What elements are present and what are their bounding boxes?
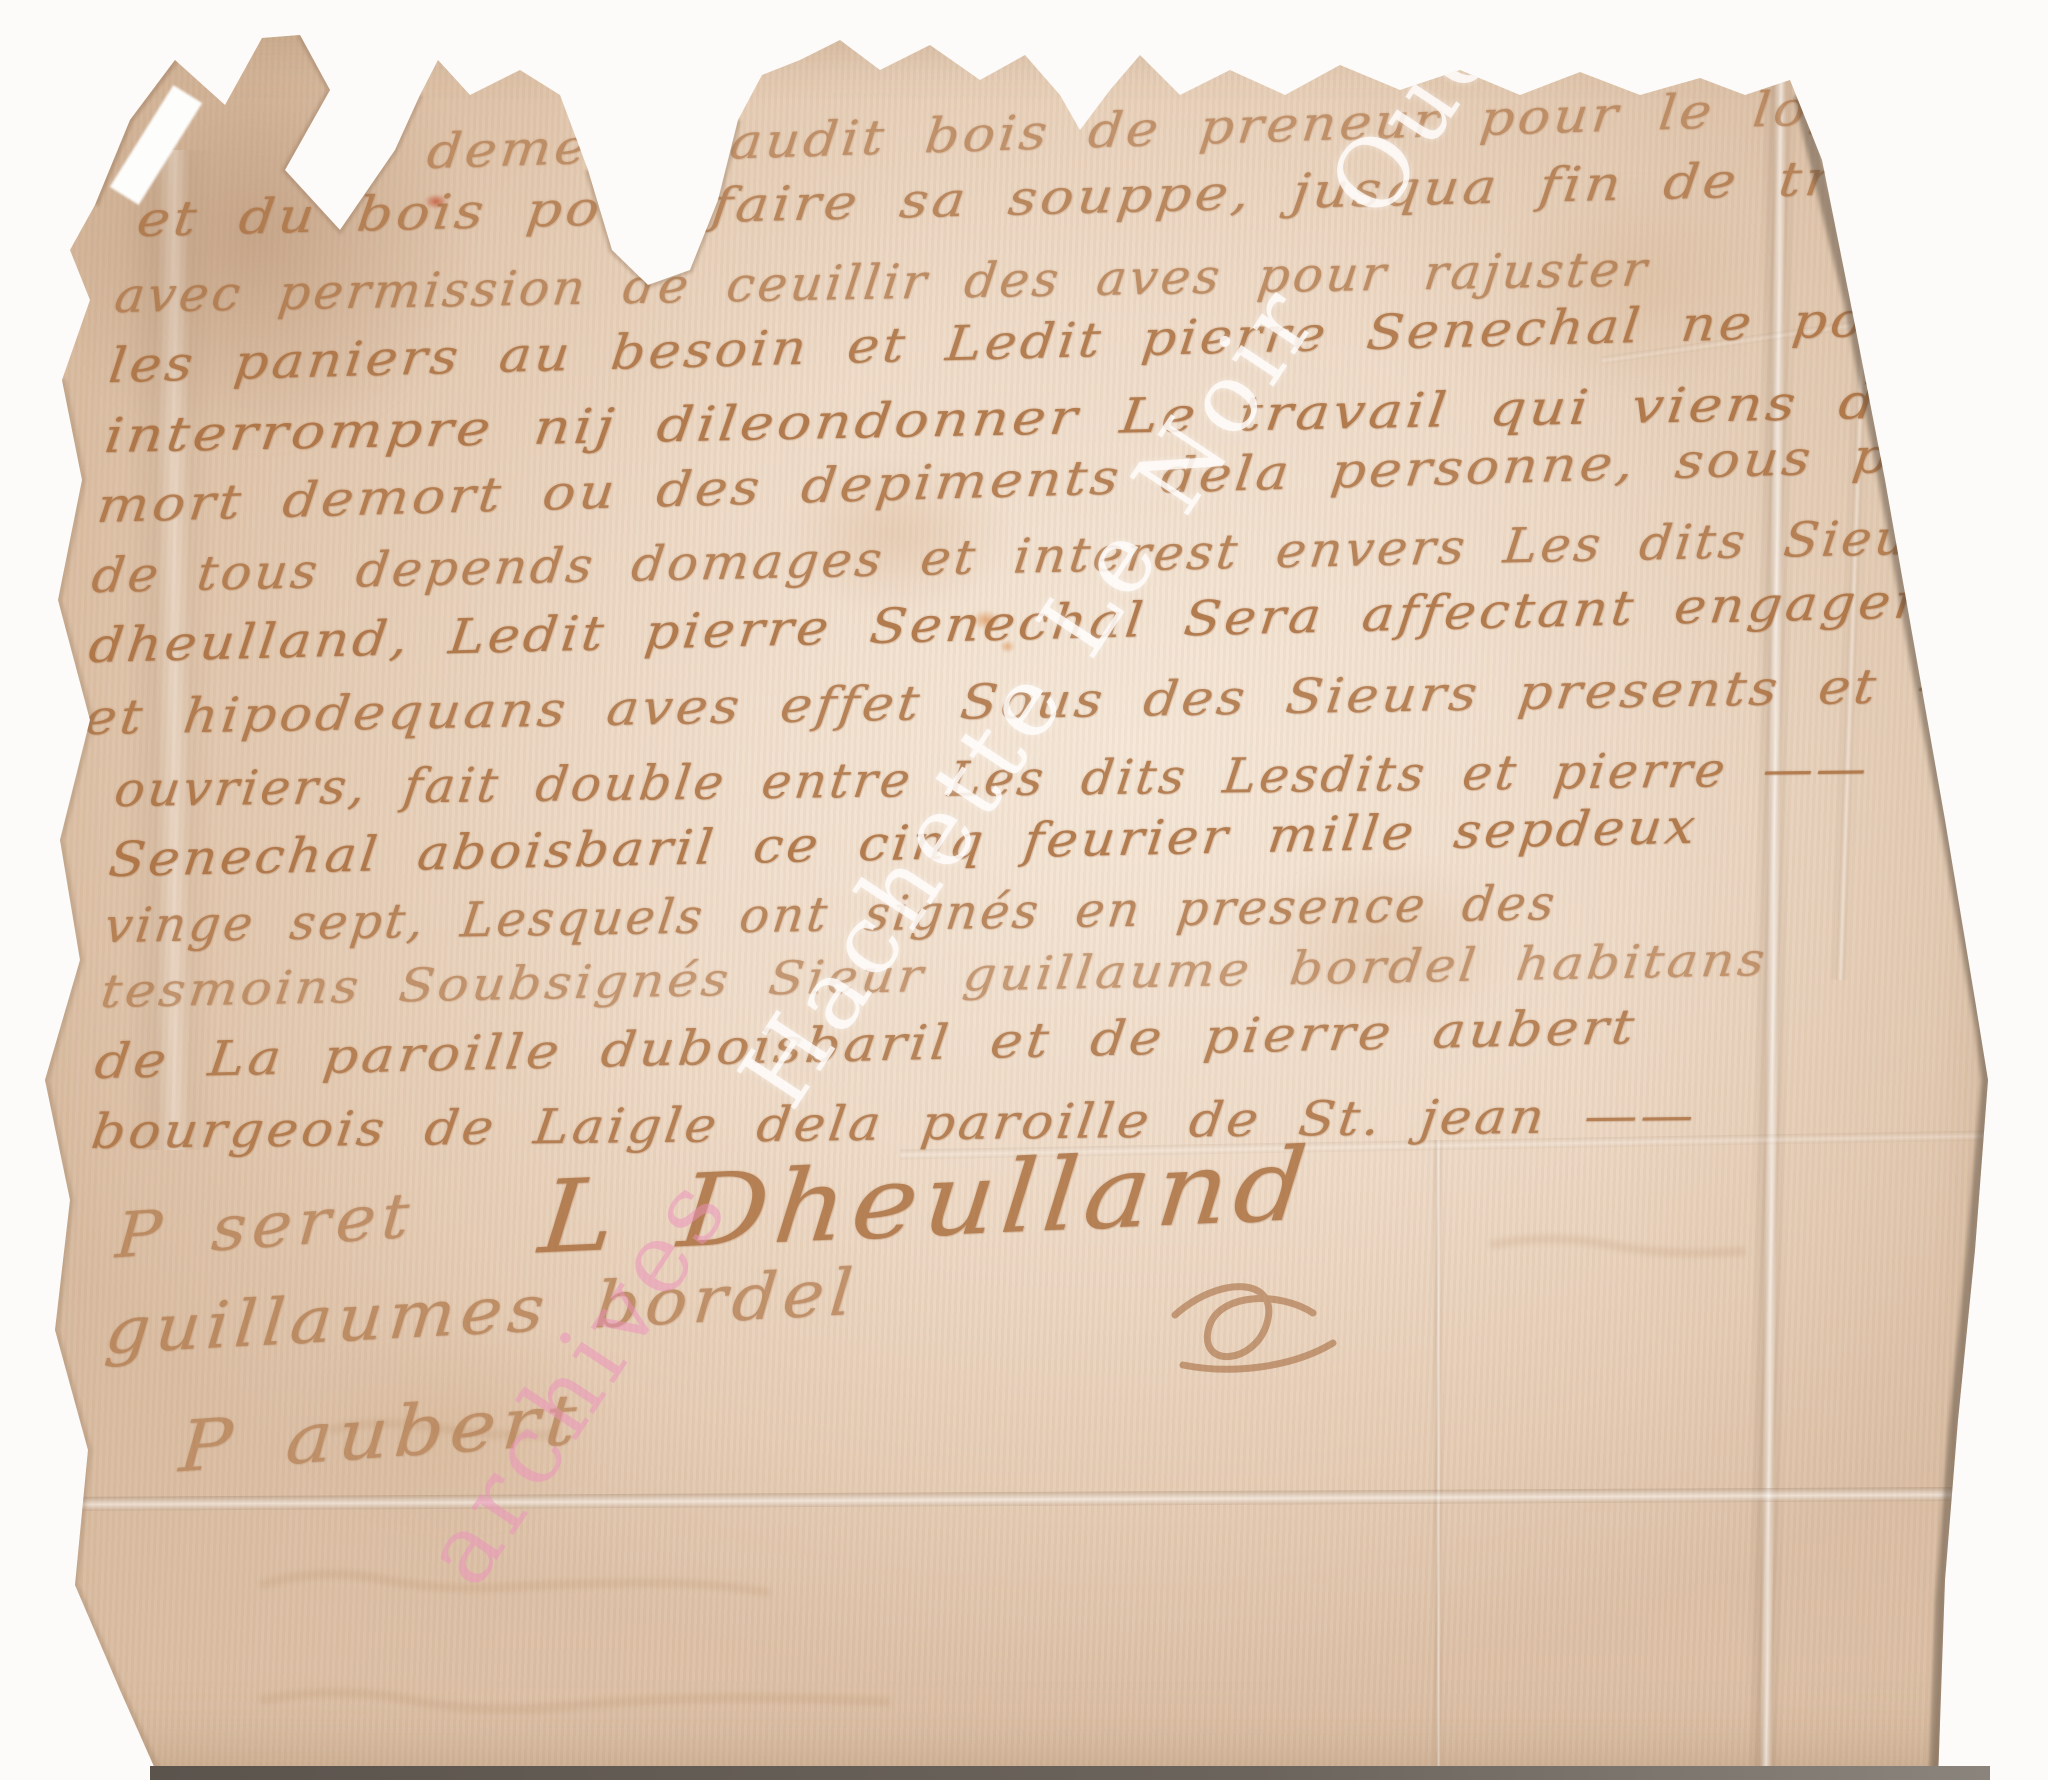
fold-crease-vertical-bottom: [1432, 1140, 1444, 1780]
watermark-ouche: Ouche: [1307, 0, 1592, 237]
paper-sheet: demeure audit bois de preneur pour le lo…: [0, 0, 2048, 1780]
signature-paraph: [1175, 1287, 1333, 1370]
fold-crease-horizontal-right: [900, 1130, 1990, 1159]
scanner-edge-strip: [150, 1766, 1990, 1780]
aging-blotch-center: [780, 460, 1010, 610]
rust-spot: [68, 1642, 86, 1664]
fold-crease-vertical-right-2: [1829, 80, 1880, 980]
wrinkle-left-band: [125, 150, 215, 1150]
aging-blotch-top-left: [40, 20, 470, 450]
handwriting-line: de tous depends domages et interest enve…: [89, 513, 1970, 600]
orange-fleck-1: [972, 610, 1000, 630]
handwriting-line: mort demort ou des depiments dela person…: [95, 428, 2025, 530]
aging-blotch-mid-right: [1250, 860, 1520, 1030]
handwriting-line: demeure audit bois de preneur pour le lo…: [425, 81, 1914, 176]
red-fleck-top: [424, 194, 448, 209]
signature: P seret: [114, 1184, 417, 1267]
scanned-manuscript-page: demeure audit bois de preneur pour le lo…: [0, 0, 2048, 1780]
watermark-hachette: Hachette Le Noir: [718, 265, 1341, 1127]
paper-edge-shadow: [1800, 95, 1988, 1778]
